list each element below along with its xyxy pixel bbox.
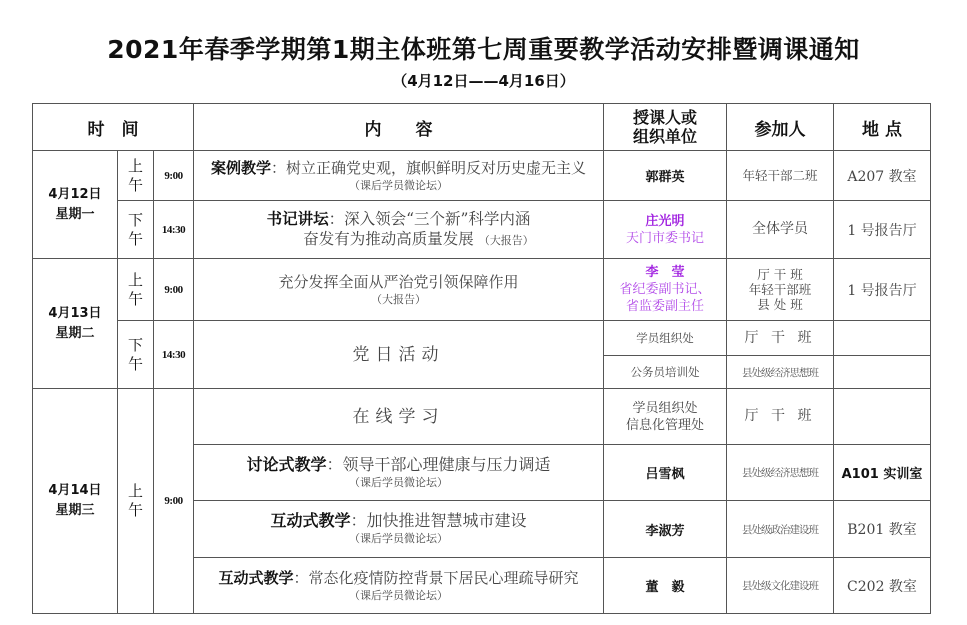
participants-cell: 厅 干 班 年轻干部班 县 处 班 bbox=[727, 259, 834, 321]
participants-cell: 厅 干 班 bbox=[727, 389, 834, 445]
period-cell: 上 午 bbox=[118, 259, 154, 321]
session-note: （大报告） bbox=[194, 292, 603, 308]
table-row: 4月14日 星期三 上 午 9:00 在线学习 学员组织处 信息化管理处 厅 干… bbox=[33, 389, 931, 445]
period-char: 午 bbox=[118, 501, 153, 520]
date: 4月13日 bbox=[33, 304, 117, 324]
participants-cell: 年轻干部二班 bbox=[727, 151, 834, 201]
instructor-title: 天门市委书记 bbox=[604, 230, 726, 247]
session-title: ：树立正确党史观，旗帜鲜明反对历史虚无主义 bbox=[271, 159, 586, 177]
content-cell: 党日活动 bbox=[194, 321, 604, 389]
location-cell bbox=[834, 389, 931, 445]
instructor-cell: 李淑芳 bbox=[604, 501, 727, 558]
content-cell: 互动式教学：加快推进智慧城市建设 （课后学员微论坛） bbox=[194, 501, 604, 558]
period-char: 上 bbox=[118, 157, 153, 176]
participants-cell: 县处级政治建设班 bbox=[727, 501, 834, 558]
date: 4月12日 bbox=[33, 185, 117, 205]
instructor-cell: 学员组织处 信息化管理处 bbox=[604, 389, 727, 445]
time-cell: 14:30 bbox=[154, 201, 194, 259]
participants-cell: 县处级经济思想班 bbox=[727, 445, 834, 501]
header-row: 时 间 内 容 授课人或 组织单位 参加人 地 点 bbox=[33, 104, 931, 151]
session-title: 充分发挥全面从严治党引领保障作用 bbox=[194, 272, 603, 292]
participant-group: 年轻干部班 bbox=[727, 282, 833, 297]
period-cell: 上 午 bbox=[118, 151, 154, 201]
weekday: 星期一 bbox=[33, 205, 117, 225]
participant-group: 厅 干 班 bbox=[727, 267, 833, 282]
location-cell: 1 号报告厅 bbox=[834, 259, 931, 321]
session-note: （课后学员微论坛） bbox=[194, 531, 603, 547]
period-char: 午 bbox=[118, 176, 153, 195]
time-cell: 14:30 bbox=[154, 321, 194, 389]
session-type: 讨论式教学 bbox=[246, 455, 326, 474]
participants-cell: 全体学员 bbox=[727, 201, 834, 259]
session-type: 案例教学 bbox=[211, 159, 271, 177]
date: 4月14日 bbox=[33, 481, 117, 501]
instructor-cell: 李 莹 省纪委副书记、 省监委副主任 bbox=[604, 259, 727, 321]
content-cell: 案例教学：树立正确党史观，旗帜鲜明反对历史虚无主义 （课后学员微论坛） bbox=[194, 151, 604, 201]
table-row: 4月12日 星期一 上 午 9:00 案例教学：树立正确党史观，旗帜鲜明反对历史… bbox=[33, 151, 931, 201]
content-cell: 讨论式教学：领导干部心理健康与压力调适 （课后学员微论坛） bbox=[194, 445, 604, 501]
session-title: ：领导干部心理健康与压力调适 bbox=[327, 455, 551, 474]
participant-group: 县 处 班 bbox=[727, 297, 833, 312]
period-char: 午 bbox=[118, 290, 153, 309]
content-cell: 互动式教学：常态化疫情防控背景下居民心理疏导研究 （课后学员微论坛） bbox=[194, 558, 604, 614]
location-cell: A101 实训室 bbox=[834, 445, 931, 501]
table-row: 下 午 14:30 书记讲坛：深入领会“三个新”科学内涵 奋发有为推动高质量发展… bbox=[33, 201, 931, 259]
session-note: （大报告） bbox=[479, 234, 534, 247]
participants-cell: 县处级经济思想班 bbox=[727, 356, 834, 389]
instructor-cell: 吕雪枫 bbox=[604, 445, 727, 501]
instructor-cell: 公务员培训处 bbox=[604, 356, 727, 389]
schedule-table: 时 间 内 容 授课人或 组织单位 参加人 地 点 4月12日 星期一 上 午 … bbox=[32, 103, 931, 614]
period-char: 下 bbox=[118, 211, 153, 230]
session-type: 书记讲坛 bbox=[267, 210, 329, 228]
header-instructor-line2: 组织单位 bbox=[604, 127, 726, 146]
session-type: 互动式教学 bbox=[218, 569, 293, 587]
instructor-cell: 董 毅 bbox=[604, 558, 727, 614]
period-char: 午 bbox=[118, 355, 153, 374]
document-title: 2021年春季学期第1期主体班第七周重要教学活动安排暨调课通知 bbox=[0, 30, 967, 66]
participants-cell: 厅 干 班 bbox=[727, 321, 834, 356]
session-type: 互动式教学 bbox=[270, 511, 350, 530]
organizer: 学员组织处 bbox=[604, 400, 726, 417]
session-title-line2: 奋发有为推动高质量发展 bbox=[303, 230, 474, 248]
instructor-title-line1: 省纪委副书记、 bbox=[604, 281, 726, 298]
period-char: 上 bbox=[118, 271, 153, 290]
header-instructor: 授课人或 组织单位 bbox=[604, 104, 727, 151]
instructor-cell: 郭群英 bbox=[604, 151, 727, 201]
period-cell: 下 午 bbox=[118, 321, 154, 389]
instructor-title-line2: 省监委副主任 bbox=[604, 298, 726, 315]
table-row: 4月13日 星期二 上 午 9:00 充分发挥全面从严治党引领保障作用 （大报告… bbox=[33, 259, 931, 321]
header-location: 地 点 bbox=[834, 104, 931, 151]
content-cell: 充分发挥全面从严治党引领保障作用 （大报告） bbox=[194, 259, 604, 321]
session-note: （课后学员微论坛） bbox=[194, 178, 603, 194]
period-char: 下 bbox=[118, 336, 153, 355]
document-subtitle: （4月12日——4月16日） bbox=[0, 70, 967, 91]
location-cell bbox=[834, 356, 931, 389]
time-cell: 9:00 bbox=[154, 151, 194, 201]
header-time: 时 间 bbox=[33, 104, 194, 151]
location-cell: 1 号报告厅 bbox=[834, 201, 931, 259]
instructor-name: 庄光明 bbox=[604, 213, 726, 230]
session-title: ：深入领会“三个新”科学内涵 bbox=[329, 210, 531, 228]
header-participants: 参加人 bbox=[727, 104, 834, 151]
session-note: （课后学员微论坛） bbox=[194, 588, 603, 604]
date-cell: 4月12日 星期一 bbox=[33, 151, 118, 259]
location-cell bbox=[834, 321, 931, 356]
session-title: ：常态化疫情防控背景下居民心理疏导研究 bbox=[294, 569, 579, 587]
weekday: 星期三 bbox=[33, 501, 117, 521]
content-cell: 书记讲坛：深入领会“三个新”科学内涵 奋发有为推动高质量发展 （大报告） bbox=[194, 201, 604, 259]
time-cell: 9:00 bbox=[154, 389, 194, 614]
location-cell: A207 教室 bbox=[834, 151, 931, 201]
content-cell: 在线学习 bbox=[194, 389, 604, 445]
organizer: 信息化管理处 bbox=[604, 417, 726, 434]
participants-cell: 县处级文化建设班 bbox=[727, 558, 834, 614]
time-cell: 9:00 bbox=[154, 259, 194, 321]
location-cell: B201 教室 bbox=[834, 501, 931, 558]
instructor-name: 李 莹 bbox=[604, 264, 726, 281]
date-cell: 4月13日 星期二 bbox=[33, 259, 118, 389]
location-cell: C202 教室 bbox=[834, 558, 931, 614]
header-content: 内 容 bbox=[194, 104, 604, 151]
table-row: 下 午 14:30 党日活动 学员组织处 厅 干 班 bbox=[33, 321, 931, 356]
instructor-cell: 庄光明 天门市委书记 bbox=[604, 201, 727, 259]
period-cell: 上 午 bbox=[118, 389, 154, 614]
weekday: 星期二 bbox=[33, 324, 117, 344]
date-cell: 4月14日 星期三 bbox=[33, 389, 118, 614]
instructor-cell: 学员组织处 bbox=[604, 321, 727, 356]
period-char: 上 bbox=[118, 482, 153, 501]
session-note: （课后学员微论坛） bbox=[194, 475, 603, 491]
period-cell: 下 午 bbox=[118, 201, 154, 259]
session-title: ：加快推进智慧城市建设 bbox=[351, 511, 527, 530]
header-instructor-line1: 授课人或 bbox=[604, 108, 726, 127]
period-char: 午 bbox=[118, 230, 153, 249]
